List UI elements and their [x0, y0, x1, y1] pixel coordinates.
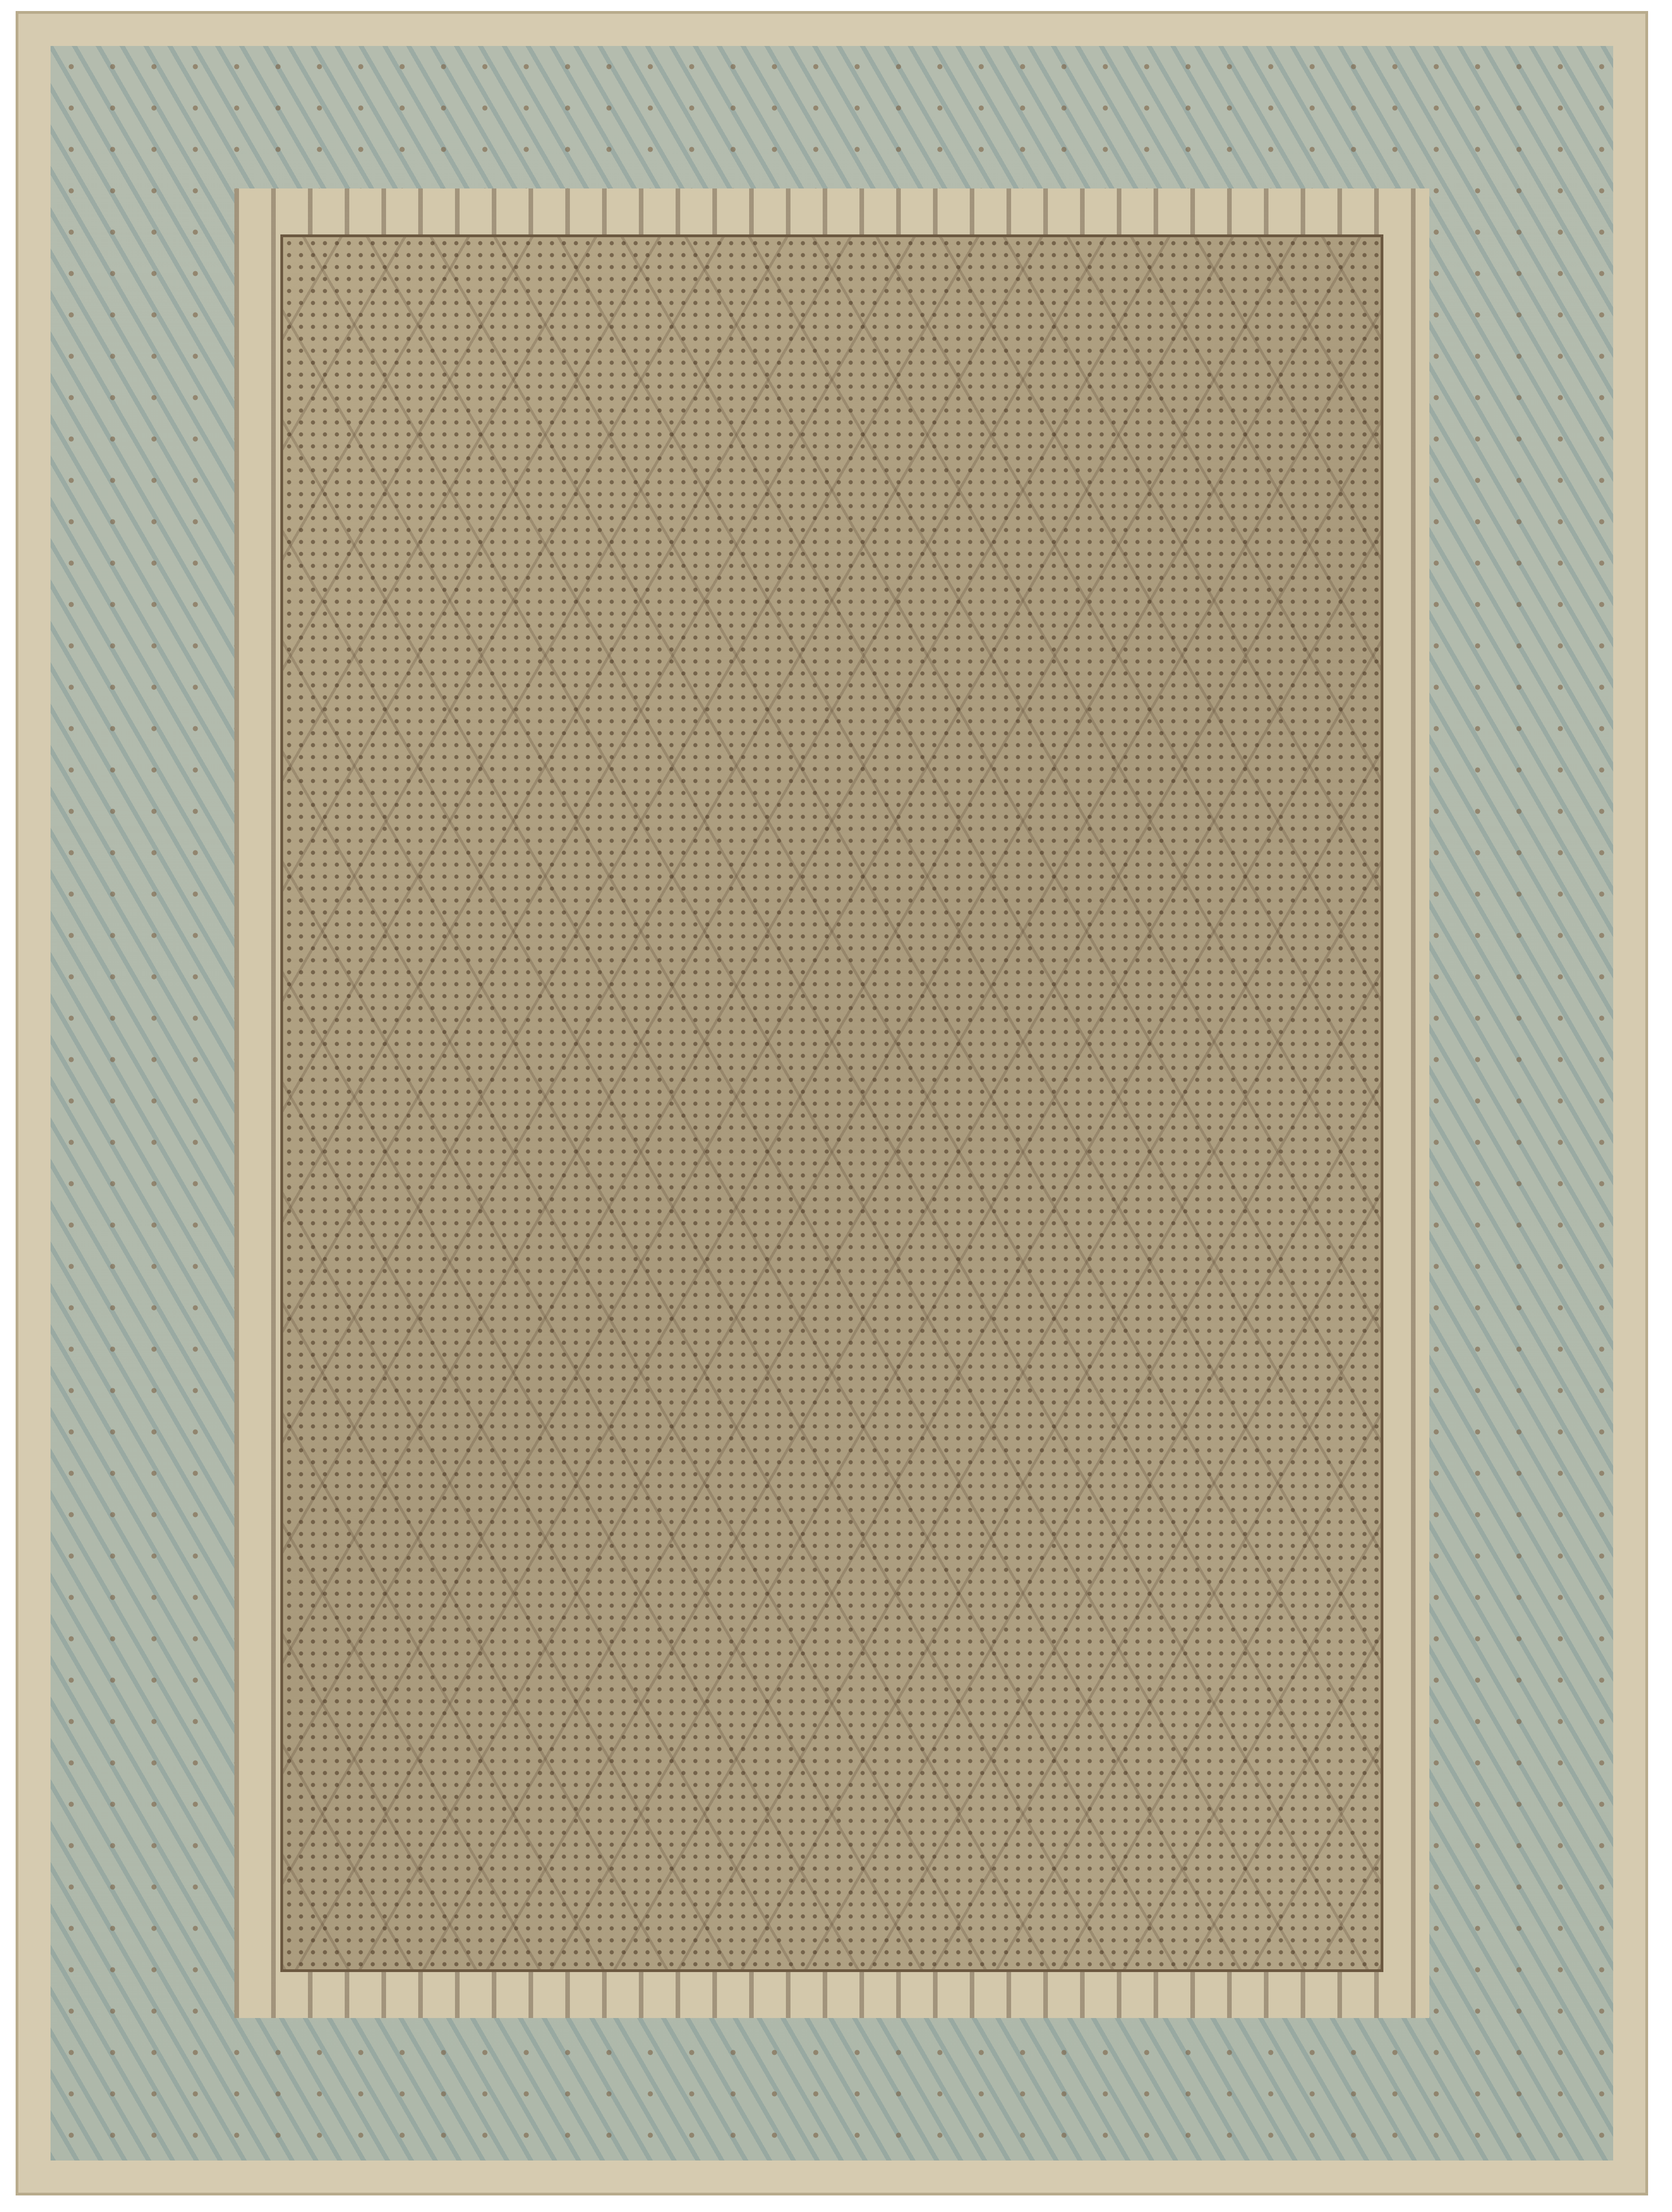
rug: Faded rug with beige/brown allover latti…: [18, 14, 1645, 2193]
rug-field: [280, 234, 1383, 1972]
